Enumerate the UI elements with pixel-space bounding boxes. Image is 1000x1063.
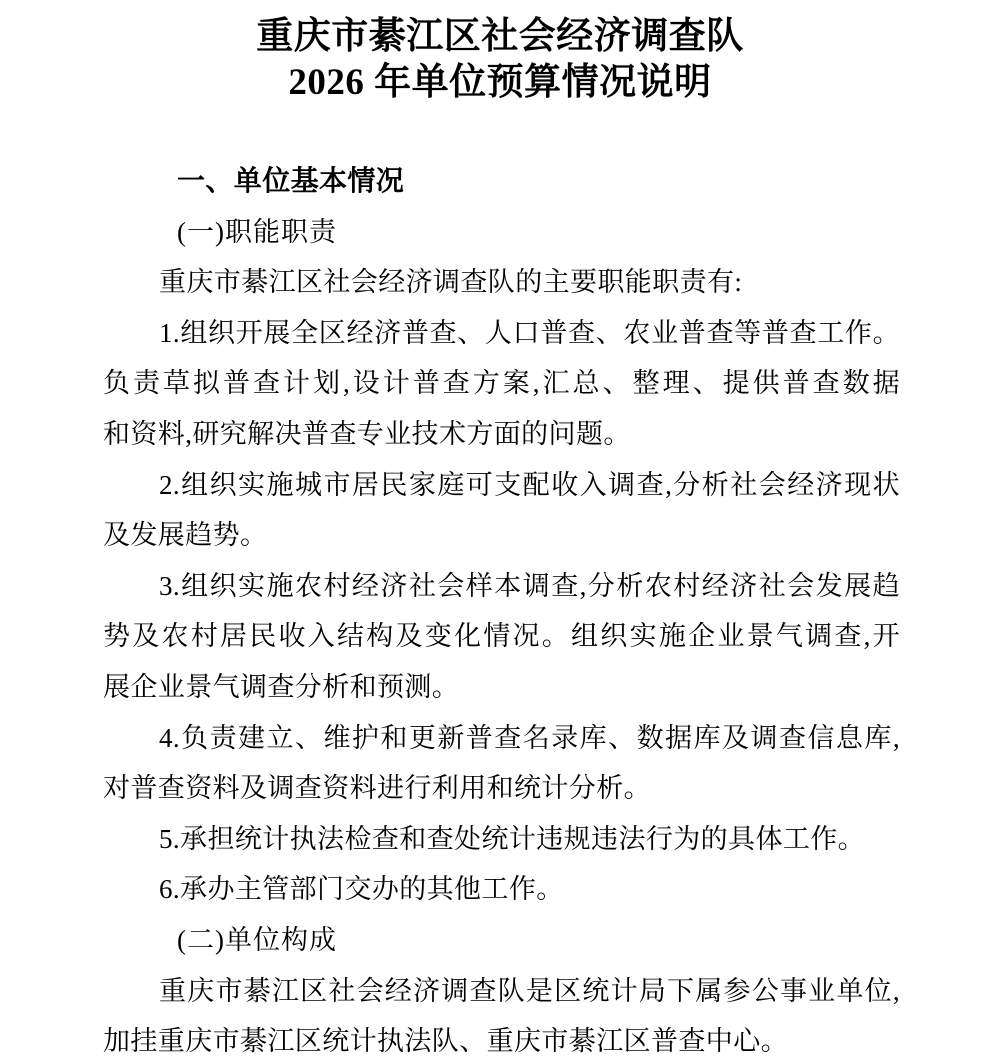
text-line: (二)单位构成 bbox=[103, 915, 900, 966]
text-line: 6.承办主管部门交办的其他工作。 bbox=[103, 864, 900, 915]
subsection-heading: (二)单位构成 bbox=[103, 915, 900, 966]
document-title: 重庆市綦江区社会经济调查队 2026 年单位预算情况说明 bbox=[0, 14, 1000, 106]
paragraph: 4.负责建立、维护和更新普查名录库、数据库及调查信息库,对普查资料及调查资料进行… bbox=[103, 713, 900, 814]
text-line: (一)职能职责 bbox=[103, 207, 900, 258]
section-heading: 一、单位基本情况 bbox=[103, 156, 900, 207]
text-line: 3.组织实施农村经济社会样本调查,分析农村经济社会发展趋 bbox=[103, 561, 900, 612]
title-line-2: 2026 年单位预算情况说明 bbox=[0, 60, 1000, 106]
text-line: 对普查资料及调查资料进行利用和统计分析。 bbox=[103, 763, 900, 814]
paragraph: 2.组织实施城市居民家庭可支配收入调查,分析社会经济现状及发展趋势。 bbox=[103, 460, 900, 561]
paragraph: 5.承担统计执法检查和查处统计违规违法行为的具体工作。 bbox=[103, 814, 900, 865]
paragraph: 6.承办主管部门交办的其他工作。 bbox=[103, 864, 900, 915]
text-line: 展企业景气调查分析和预测。 bbox=[103, 662, 900, 713]
text-line: 负责草拟普查计划,设计普查方案,汇总、整理、提供普查数据 bbox=[103, 358, 900, 409]
paragraph: 1.组织开展全区经济普查、人口普查、农业普查等普查工作。负责草拟普查计划,设计普… bbox=[103, 308, 900, 460]
paragraph: 重庆市綦江区社会经济调查队是区统计局下属参公事业单位,加挂重庆市綦江区统计执法队… bbox=[103, 966, 900, 1063]
text-line: 势及农村居民收入结构及变化情况。组织实施企业景气调查,开 bbox=[103, 611, 900, 662]
paragraph: 3.组织实施农村经济社会样本调查,分析农村经济社会发展趋势及农村居民收入结构及变… bbox=[103, 561, 900, 713]
text-line: 2.组织实施城市居民家庭可支配收入调查,分析社会经济现状 bbox=[103, 460, 900, 511]
title-line-1: 重庆市綦江区社会经济调查队 bbox=[0, 14, 1000, 60]
document-body: 一、单位基本情况(一)职能职责重庆市綦江区社会经济调查队的主要职能职责有:1.组… bbox=[103, 156, 900, 1063]
text-line: 1.组织开展全区经济普查、人口普查、农业普查等普查工作。 bbox=[103, 308, 900, 359]
text-line: 重庆市綦江区社会经济调查队是区统计局下属参公事业单位, bbox=[103, 966, 900, 1017]
text-line: 重庆市綦江区社会经济调查队的主要职能职责有: bbox=[103, 257, 900, 308]
text-line: 及发展趋势。 bbox=[103, 510, 900, 561]
text-line: 和资料,研究解决普查专业技术方面的问题。 bbox=[103, 409, 900, 460]
paragraph: 重庆市綦江区社会经济调查队的主要职能职责有: bbox=[103, 257, 900, 308]
text-line: 加挂重庆市綦江区统计执法队、重庆市綦江区普查中心。 bbox=[103, 1016, 900, 1063]
subsection-heading: (一)职能职责 bbox=[103, 207, 900, 258]
text-line: 一、单位基本情况 bbox=[103, 156, 900, 207]
text-line: 5.承担统计执法检查和查处统计违规违法行为的具体工作。 bbox=[103, 814, 900, 865]
text-line: 4.负责建立、维护和更新普查名录库、数据库及调查信息库, bbox=[103, 713, 900, 764]
document-page: 重庆市綦江区社会经济调查队 2026 年单位预算情况说明 一、单位基本情况(一)… bbox=[0, 0, 1000, 1063]
